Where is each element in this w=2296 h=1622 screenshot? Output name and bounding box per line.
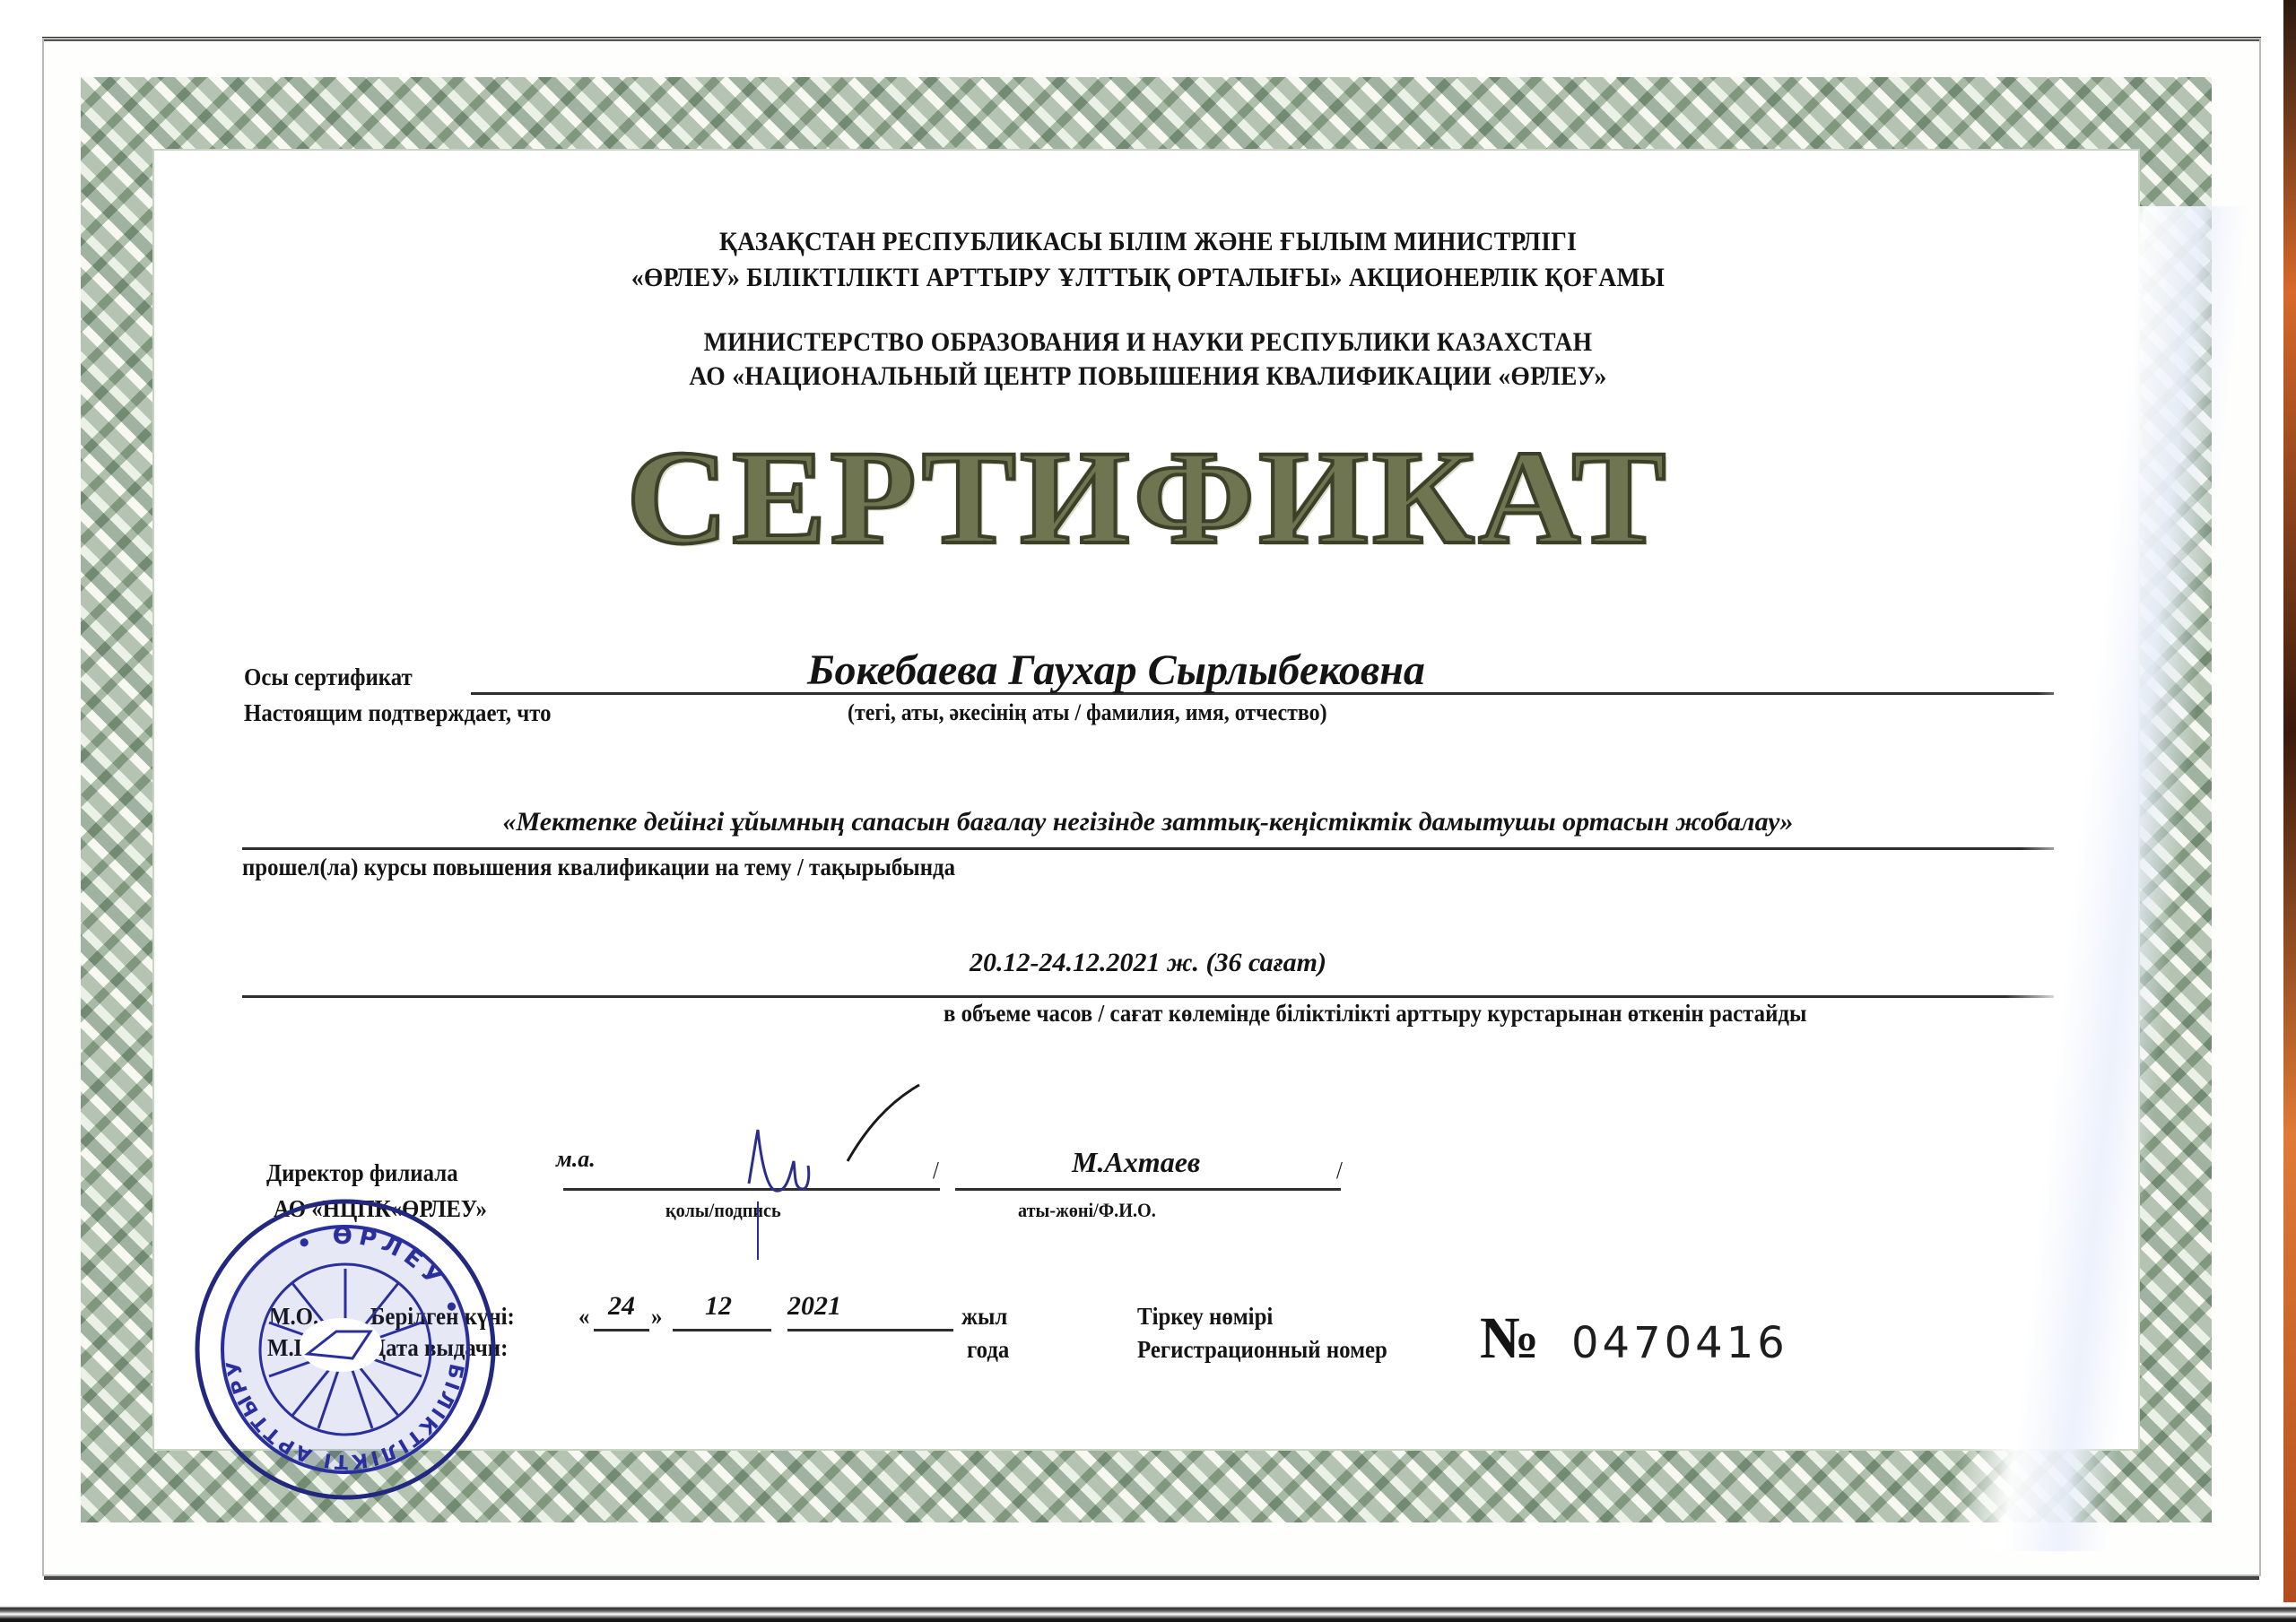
registration-number: 0470416 [1571,1318,1788,1368]
month-line [673,1329,771,1331]
signature-slash-2: / [1336,1157,1343,1184]
quote-open: « [578,1303,589,1331]
recipient-name: Бокебаева Гаухар Сырлыбековна [807,646,1425,695]
signature-prefix: м.а. [556,1146,596,1173]
dates-underline [242,995,2054,998]
quote-close: » [651,1303,662,1331]
day-line [594,1329,649,1331]
duration-label: в объеме часов / сағат көлемінде білікті… [944,1000,1806,1028]
year-label-kz: жыл [961,1303,1007,1331]
recipient-label-ru: Настоящим подтверждает, что [244,699,552,727]
certificate-title: СЕРТИФИКАТ [0,426,2296,569]
number-sign: № [1480,1305,1539,1373]
year-line [787,1329,953,1331]
header-ru-line2: АО «НАЦИОНАЛЬНЫЙ ЦЕНТР ПОВЫШЕНИЯ КВАЛИФИ… [91,359,2204,395]
recipient-label-kz: Осы сертификат [244,664,413,691]
year-label-ru: года [967,1336,1009,1364]
name-line [955,1188,1341,1191]
registration-label-kz: Тіркеу нөмірі [1137,1303,1273,1331]
name-hint: (тегі, аты, әкесінің аты / фамилия, имя,… [848,699,1327,726]
course-topic: «Мектепке дейінгі ұйымның сапасын бағала… [0,807,2296,837]
signatory-name: М.Ахтаев [1072,1146,1200,1179]
issue-day: 24 [608,1291,635,1322]
header-kz-line2: «ӨРЛЕУ» БІЛІКТІЛІКТІ АРТТЫРУ ҰЛТТЫҚ ОРТА… [91,260,2204,296]
issue-month: 12 [705,1291,732,1322]
header-ru-line1: МИНИСТЕРСТВО ОБРАЗОВАНИЯ И НАУКИ РЕСПУБЛ… [91,325,2204,360]
signatory-role: Директор филиала [266,1159,458,1187]
official-stamp: • ӨРЛЕУ • БІЛІКТІЛІКТІ АРТТЫРУ ҰЛТТЫҚ ОР… [193,1197,498,1502]
scan-edge-bottom [0,1602,2296,1622]
course-dates: 20.12-24.12.2021 ж. (36 сағат) [0,948,2296,978]
topic-underline [242,847,2054,850]
name-caption: аты-жөні/Ф.И.О. [1018,1199,1156,1222]
handwritten-signature [731,1076,964,1264]
registration-label-ru: Регистрационный номер [1137,1336,1387,1364]
header-kz-line1: ҚАЗАҚСТАН РЕСПУБЛИКАСЫ БІЛІМ ЖӘНЕ ҒЫЛЫМ … [91,224,2204,260]
course-label: прошел(ла) курсы повышения квалификации … [242,854,955,881]
issue-year: 2021 [787,1291,841,1322]
